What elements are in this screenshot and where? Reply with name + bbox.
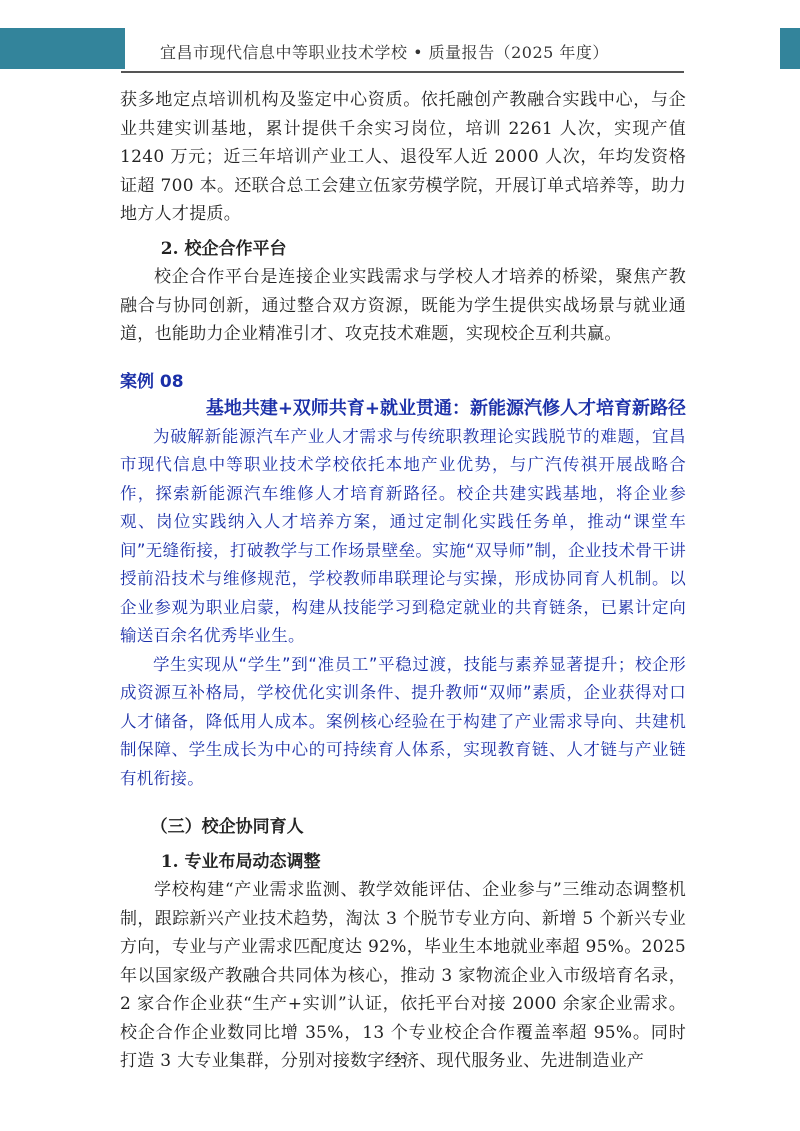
paragraph-major-layout: 学校构建“产业需求监测、教学效能评估、企业参与”三维动态调整机制，跟踪新兴产业技…	[120, 876, 686, 1076]
paragraph-intro: 获多地定点培训机构及鉴定中心资质。依托融创产教融合实践中心，与企业共建实训基地，…	[120, 86, 686, 229]
header-rule	[121, 71, 684, 73]
case-paragraph-2: 学生实现从“学生”到“准员工”平稳过渡，技能与素养显著提升；校企形成资源互补格局…	[120, 651, 686, 794]
header-accent-bar-left	[0, 28, 125, 69]
section-heading-school-enterprise-platform: 2. 校企合作平台	[120, 235, 686, 264]
page-body: 获多地定点培训机构及鉴定中心资质。依托融创产教融合实践中心，与企业共建实训基地，…	[120, 86, 686, 1076]
subsection-heading-major-layout: 1. 专业布局动态调整	[120, 848, 686, 877]
case-study-box: 案例 08 基地共建+双师共育+就业贯通：新能源汽修人才培育新路径 为破解新能源…	[120, 369, 686, 794]
running-header-title: 宜昌市现代信息中等职业技术学校 • 质量报告（2025 年度）	[160, 40, 609, 63]
case-paragraph-1: 为破解新能源汽车产业人才需求与传统职教理论实践脱节的难题，宜昌市现代信息中等职业…	[120, 423, 686, 651]
page-number: 35	[0, 1053, 800, 1066]
case-label: 案例 08	[120, 369, 686, 395]
case-title: 基地共建+双师共育+就业贯通：新能源汽修人才培育新路径	[120, 395, 686, 423]
header-accent-bar-right	[780, 28, 800, 69]
section-heading-collaborative-education: （三）校企协同育人	[120, 813, 686, 842]
paragraph-platform: 校企合作平台是连接企业实践需求与学校人才培养的桥梁，聚焦产教融合与协同创新，通过…	[120, 263, 686, 349]
